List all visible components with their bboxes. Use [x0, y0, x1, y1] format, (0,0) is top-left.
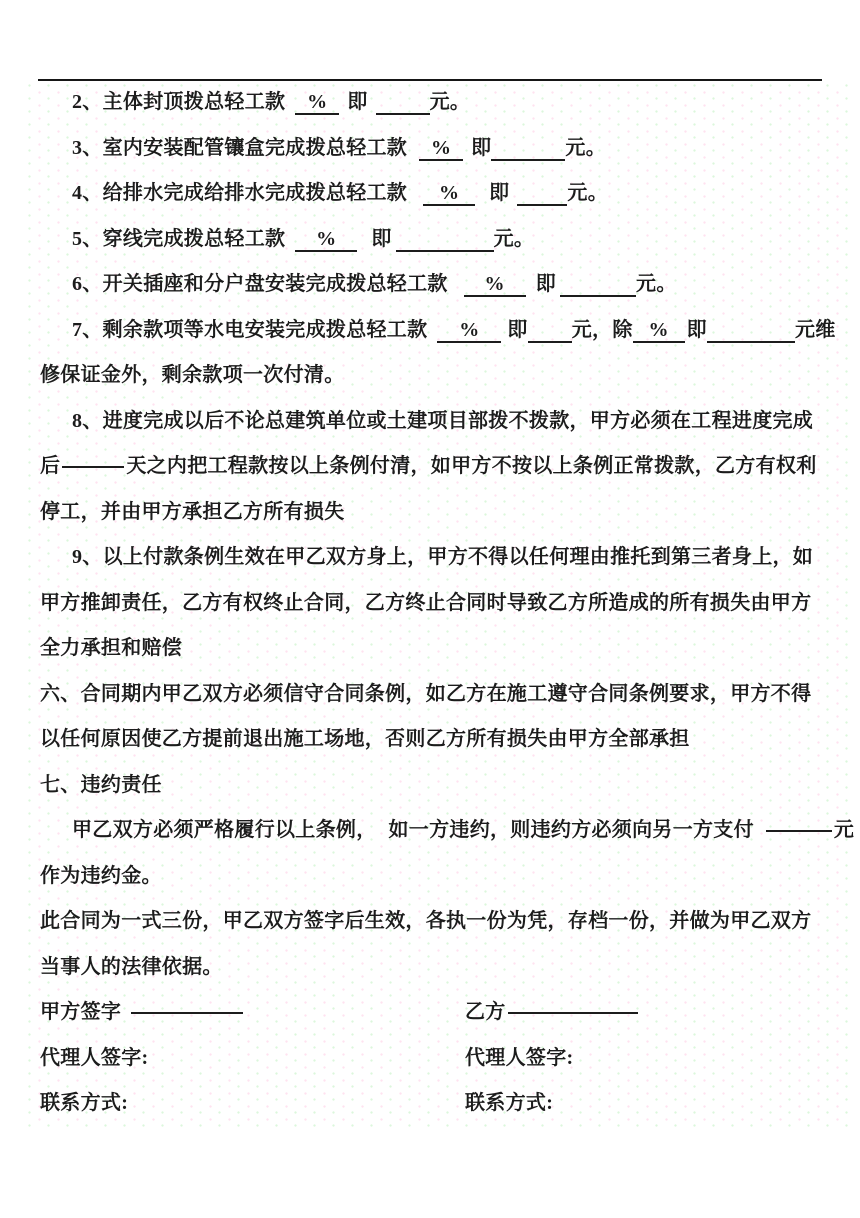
text-segment: 联系方式: — [40, 1092, 128, 1114]
fill-in-blank: % — [633, 319, 685, 343]
text-segment: 即 — [489, 182, 509, 204]
document-line: 全力承担和赔偿 — [40, 626, 830, 672]
text-segment: 即 — [347, 91, 367, 113]
fill-in-blank — [376, 91, 430, 115]
text-segment: 代理人签字: — [465, 1047, 573, 1069]
text-segment: 元。 — [636, 273, 677, 295]
document-line: 2、主体封顶拨总轻工款%即 元。 — [40, 80, 830, 126]
fill-in-blank: % — [423, 182, 475, 206]
document-line: 甲乙双方必须严格履行以上条例，如一方违约，则违约方必须向另一方支付元 — [40, 808, 830, 854]
signature-right: 代理人签字: — [465, 1036, 573, 1082]
document-line: 当事人的法律依据。 — [40, 945, 830, 991]
text-segment: 即 — [536, 273, 556, 295]
signature-right: 乙方 — [465, 990, 640, 1036]
text-segment: 甲方推卸责任，乙方有权终止合同，乙方终止合同时导致乙方所造成的所有损失由甲方 — [40, 592, 811, 614]
text-segment: 即 — [471, 137, 491, 159]
fill-in-blank — [396, 228, 494, 252]
document-line: 9、以上付款条例生效在甲乙双方身上，甲方不得以任何理由推托到第三者身上，如 — [40, 535, 830, 581]
text-segment: 2、主体封顶拨总轻工款 — [72, 91, 285, 113]
signature-right: 联系方式: — [465, 1081, 553, 1127]
document-line: 作为违约金。 — [40, 854, 830, 900]
text-segment: 3、室内安装配管镶盒完成拨总轻工款 — [72, 137, 407, 159]
text-segment: 元。 — [494, 228, 535, 250]
text-segment: 乙方 — [465, 1001, 506, 1023]
document-line: 3、室内安装配管镶盒完成拨总轻工款%即 元。 — [40, 126, 830, 172]
text-segment: 9、以上付款条例生效在甲乙双方身上，甲方不得以任何理由推托到第三者身上，如 — [72, 546, 813, 568]
signature-left: 代理人签字: — [40, 1047, 148, 1069]
fill-in-blank: % — [464, 273, 526, 297]
text-segment: 六、合同期内甲乙双方必须信守合同条例，如乙方在施工遵守合同条例要求，甲方不得 — [40, 683, 811, 705]
document-line: 6、开关插座和分户盘安装完成拨总轻工款%即 元。 — [40, 262, 830, 308]
document-body: 2、主体封顶拨总轻工款%即 元。3、室内安装配管镶盒完成拨总轻工款%即 元。4、… — [40, 80, 830, 1127]
text-segment: 元维 — [795, 319, 836, 341]
text-segment: 甲乙双方必须严格履行以上条例， — [72, 819, 377, 841]
signature-row: 甲方签字乙方 — [40, 990, 830, 1036]
document-line: 后天之内把工程款按以上条例付清，如甲方不按以上条例正常拨款，乙方有权利 — [40, 444, 830, 490]
fill-in-blank — [528, 319, 572, 343]
text-segment: 作为违约金。 — [40, 865, 162, 887]
text-segment: 此合同为一式三份，甲乙双方签字后生效，各执一份为凭，存档一份，并做为甲乙双方 — [40, 910, 811, 932]
text-segment: 全力承担和赔偿 — [40, 637, 182, 659]
signature-left: 甲方签字 — [40, 1001, 245, 1023]
text-segment: 即 — [507, 319, 527, 341]
document-line: 停工，并由甲方承担乙方所有损失 — [40, 490, 830, 536]
fill-in-rule — [131, 1012, 243, 1014]
fill-in-blank: % — [419, 137, 463, 161]
document-line: 7、剩余款项等水电安装完成拨总轻工款%即 元，除%即 元维 — [40, 308, 830, 354]
signature-left: 联系方式: — [40, 1092, 128, 1114]
text-segment: 元。 — [567, 182, 608, 204]
document-line: 六、合同期内甲乙双方必须信守合同条例，如乙方在施工遵守合同条例要求，甲方不得 — [40, 672, 830, 718]
text-segment: 元。 — [430, 91, 471, 113]
document-line: 以任何原因使乙方提前退出施工场地，否则乙方所有损失由甲方全部承担 — [40, 717, 830, 763]
text-segment: 5、穿线完成拨总轻工款 — [72, 228, 285, 250]
document-line: 甲方推卸责任，乙方有权终止合同，乙方终止合同时导致乙方所造成的所有损失由甲方 — [40, 581, 830, 627]
text-segment: 如一方违约，则违约方必须向另一方支付 — [389, 819, 754, 841]
fill-in-blank: % — [437, 319, 501, 343]
text-segment: 元。 — [565, 137, 606, 159]
text-segment: 即 — [687, 319, 707, 341]
text-segment: 6、开关插座和分户盘安装完成拨总轻工款 — [72, 273, 448, 295]
text-segment: 停工，并由甲方承担乙方所有损失 — [40, 501, 345, 523]
text-segment: 当事人的法律依据。 — [40, 956, 223, 978]
text-segment: 天之内把工程款按以上条例付清，如甲方不按以上条例正常拨款，乙方有权利 — [126, 455, 816, 477]
text-segment: 联系方式: — [465, 1092, 553, 1114]
text-segment: 后 — [40, 455, 60, 477]
text-segment: 修保证金外，剩余款项一次付清。 — [40, 364, 345, 386]
text-segment: 8、进度完成以后不论总建筑单位或土建项目部拨不拨款，甲方必须在工程进度完成 — [72, 410, 813, 432]
document-line: 七、违约责任 — [40, 763, 830, 809]
fill-in-blank — [491, 137, 565, 161]
text-segment: 代理人签字: — [40, 1047, 148, 1069]
text-segment: 七、违约责任 — [40, 774, 162, 796]
fill-in-rule — [62, 466, 124, 468]
text-segment: 以任何原因使乙方提前退出施工场地，否则乙方所有损失由甲方全部承担 — [40, 728, 690, 750]
fill-in-rule — [766, 830, 832, 832]
fill-in-rule — [508, 1012, 638, 1014]
document-line: 修保证金外，剩余款项一次付清。 — [40, 353, 830, 399]
text-segment: 甲方签字 — [40, 1001, 121, 1023]
fill-in-blank: % — [295, 91, 339, 115]
fill-in-blank — [517, 182, 567, 206]
text-segment: 即 — [371, 228, 391, 250]
document-line: 4、给排水完成给排水完成拨总轻工款%即 元。 — [40, 171, 830, 217]
scanned-contract-page: 2、主体封顶拨总轻工款%即 元。3、室内安装配管镶盒完成拨总轻工款%即 元。4、… — [0, 0, 860, 1218]
signature-row: 代理人签字:代理人签字: — [40, 1036, 830, 1082]
fill-in-blank — [707, 319, 795, 343]
text-segment: 7、剩余款项等水电安装完成拨总轻工款 — [72, 319, 427, 341]
document-line: 此合同为一式三份，甲乙双方签字后生效，各执一份为凭，存档一份，并做为甲乙双方 — [40, 899, 830, 945]
document-line: 8、进度完成以后不论总建筑单位或土建项目部拨不拨款，甲方必须在工程进度完成 — [40, 399, 830, 445]
text-segment: 元 — [834, 819, 854, 841]
text-segment: 元，除 — [572, 319, 633, 341]
signature-row: 联系方式:联系方式: — [40, 1081, 830, 1127]
text-segment: 4、给排水完成给排水完成拨总轻工款 — [72, 182, 407, 204]
fill-in-blank: % — [295, 228, 357, 252]
document-line: 5、穿线完成拨总轻工款%即 元。 — [40, 217, 830, 263]
fill-in-blank — [560, 273, 636, 297]
